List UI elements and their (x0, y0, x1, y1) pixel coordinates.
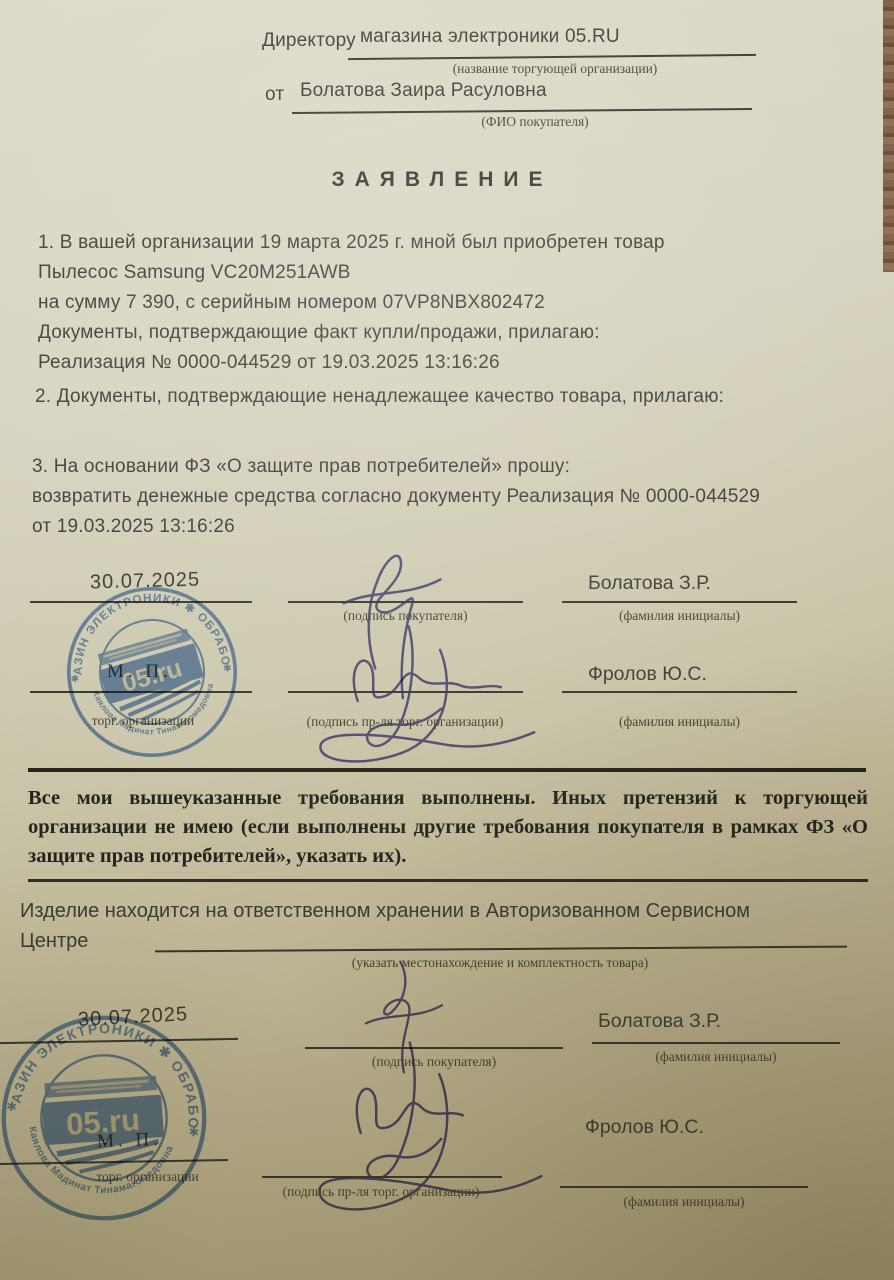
stamp-star-left: ✱ (70, 674, 79, 686)
sig1-buyer-name: Болатова З.Р. (588, 572, 711, 595)
sig2-org-name: Фролов Ю.С. (585, 1116, 704, 1139)
storage-caption: (указать местонахождение и комплектность… (230, 955, 770, 971)
header-from-caption: (ФИО покупателя) (420, 114, 650, 130)
sig2-org-caption: (подпись пр-ля торг. организации) (250, 1184, 512, 1200)
page-title: ЗАЯВЛЕНИЕ (0, 168, 884, 192)
sig2-name-caption: (фамилия инициалы) (592, 1049, 840, 1065)
fulfilled-note: Все мои вышеуказанные требования выполне… (28, 784, 868, 871)
stamp-star-right: ✱ (223, 663, 232, 675)
p1-line3: на сумму 7 390, с серийным номером 07VP8… (38, 288, 665, 318)
sig1-org-name-caption: (фамилия инициалы) (562, 714, 797, 730)
divider-thick (28, 768, 866, 772)
sig1-name-line (562, 601, 797, 603)
sig1-name-caption: (фамилия инициалы) (562, 608, 797, 624)
round-stamp-05ru-1: МАГАЗИН ЭЛЕКТРОНИКИ ✱ ОБРАБОТКИ Каялова … (58, 578, 246, 766)
stamp-logo-group: 05.ru (41, 1075, 167, 1174)
sig2-name-line (592, 1042, 840, 1044)
divider-thin (28, 879, 868, 882)
header-to-caption: (название торгующей организации) (400, 61, 710, 77)
header-from-value: Болатова Заира Расуловна (300, 80, 547, 102)
document-photo: Директору магазина электроники 05.RU (на… (0, 0, 894, 1280)
storage-line2: Центре (20, 926, 750, 956)
sig1-org-line (288, 691, 523, 693)
p1-line2: Пылесос Samsung VC20M251AWB (38, 258, 665, 288)
table-wood-edge (883, 0, 894, 272)
storage-line1: Изделие находится на ответственном хране… (20, 896, 750, 926)
p1-line1: 1. В вашей организации 19 марта 2025 г. … (38, 228, 665, 258)
sig1-org-caption: (подпись пр-ля торг. организации) (276, 714, 534, 730)
stamp-logo-text: 05.ru (65, 1102, 141, 1142)
round-stamp-05ru-2: МАГАЗИН ЭЛЕКТРОНИКИ ✱ ОБРАБОТКИ Каялова … (0, 998, 224, 1237)
p1-line5: Реализация № 0000-044529 от 19.03.2025 1… (38, 348, 665, 378)
sig1-org-name: Фролов Ю.С. (588, 663, 707, 686)
stamp-star-left: ✱ (5, 1099, 18, 1114)
p3-line2: возвратить денежные средства согласно до… (32, 482, 760, 512)
paragraph-3: 3. На основании ФЗ «О защите прав потреб… (32, 452, 760, 542)
p1-line4: Документы, подтверждающие факт купли/про… (38, 318, 665, 348)
sig1-buyer-line (288, 601, 523, 603)
header-to-underline (348, 54, 756, 60)
sig2-org-name-line (560, 1186, 808, 1188)
sig2-org-name-caption: (фамилия инициалы) (560, 1194, 808, 1210)
paragraph-2: 2. Документы, подтверждающие ненадлежаще… (35, 386, 724, 408)
stamp-star-right: ✱ (188, 1125, 201, 1140)
sig1-org-name-line (562, 691, 797, 693)
header-to-label: Директору (262, 30, 356, 52)
sig2-org-line (262, 1176, 502, 1178)
sig2-buyer-name: Болатова З.Р. (598, 1010, 721, 1033)
org-signature-1 (293, 622, 548, 772)
header-to-value: магазина электроники 05.RU (360, 26, 620, 48)
header-from-label: от (265, 84, 284, 106)
p3-line1: 3. На основании ФЗ «О защите прав потреб… (32, 452, 760, 482)
paragraph-1: 1. В вашей организации 19 марта 2025 г. … (38, 228, 665, 378)
